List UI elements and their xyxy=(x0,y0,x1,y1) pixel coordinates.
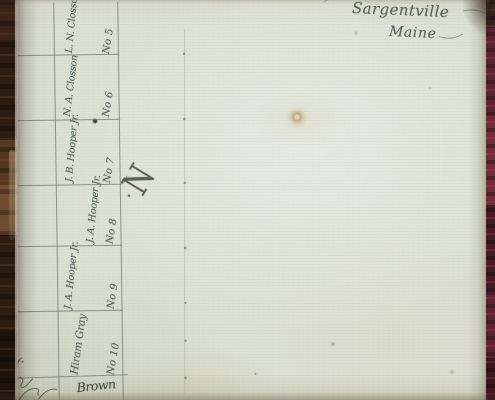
page-content: L. N. Closson No 5 N. A. Closson No 6 J.… xyxy=(0,0,495,400)
page-right-edge-shadow xyxy=(468,0,486,400)
table-vertical-line-right xyxy=(118,2,124,400)
top-edge-shadow xyxy=(0,0,495,4)
bottom-edge-shadow xyxy=(0,392,495,400)
ledger-photo: L. N. Closson No 5 N. A. Closson No 6 J.… xyxy=(0,0,495,400)
ink-dot-icon xyxy=(128,194,131,197)
book-cover-right-edge xyxy=(486,0,495,400)
table-vertical-line-left xyxy=(54,3,60,400)
stitch-crease-line xyxy=(180,29,190,393)
top-right-corner-shadow xyxy=(463,0,489,34)
binding-prick-dots-icon xyxy=(180,52,257,379)
place-name-line2: Maine xyxy=(389,24,437,42)
gutter-shadow xyxy=(17,0,39,400)
